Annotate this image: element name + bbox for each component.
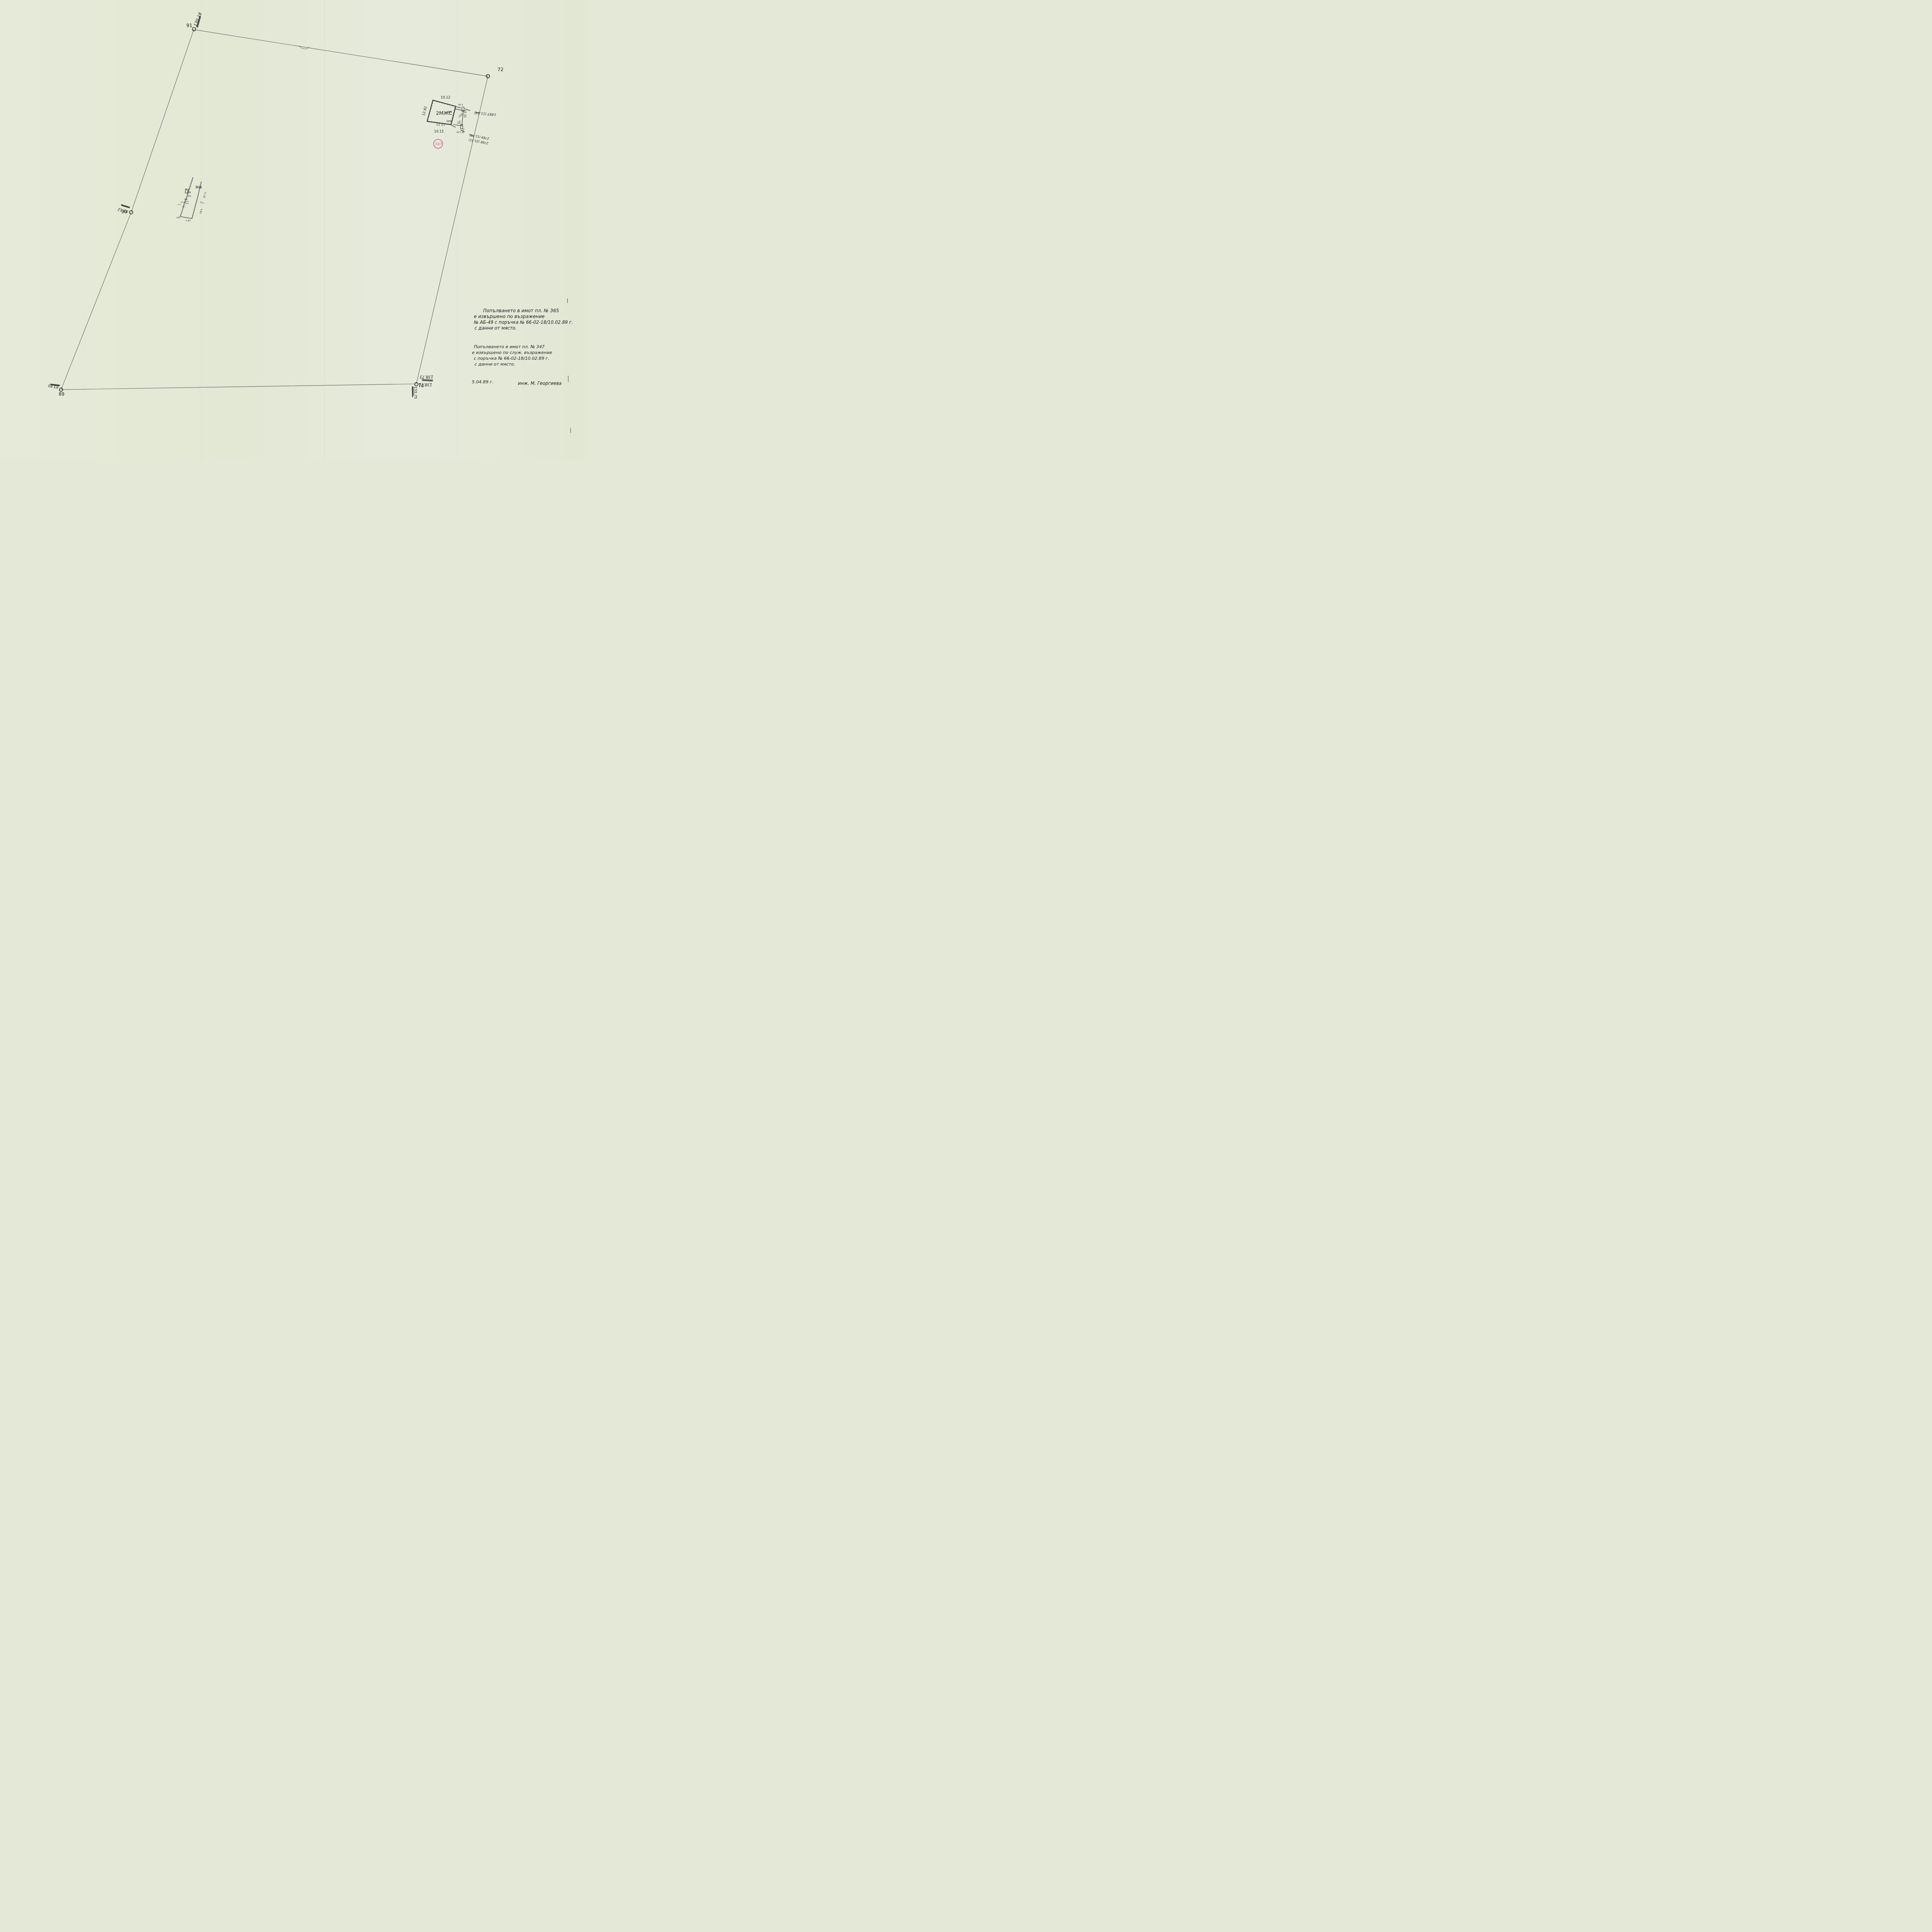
- dim-right-long: 11.20: [202, 192, 206, 198]
- elevation-89: 83.80: [48, 383, 59, 389]
- building-left[interactable]: МЖ 7.97 11.20 6.62 0.50 563 1.15 680 855…: [177, 177, 206, 222]
- note2-line2: е извършено по служ. възражение: [472, 350, 552, 355]
- point-label-89: 89: [59, 391, 65, 397]
- dim-right-short: 6.62: [199, 209, 202, 214]
- note1-line1: Попълването в имот пл. № 365: [483, 308, 559, 313]
- note-date: 5.04.89 г.: [472, 379, 493, 384]
- building-outline: [180, 177, 201, 219]
- dim-offset-top: 365: [447, 110, 452, 113]
- building-label: МЖ: [196, 186, 202, 190]
- point-label-91: 91: [186, 22, 192, 28]
- stair-icon: [185, 189, 188, 193]
- elevation-73-side: 155.75: [413, 386, 417, 399]
- note1-line2: е извършено по възражение: [474, 314, 544, 319]
- parcel-stamp-347: 347: [434, 139, 442, 148]
- point-90[interactable]: 90 85.12: [117, 204, 133, 214]
- dim-stair-len: 1.15: [185, 188, 189, 190]
- notes-block: Попълването в имот пл. № 365 е извършено…: [472, 298, 573, 433]
- point-73[interactable]: 73 138.73 138.71 155.75: [412, 374, 433, 399]
- note2-line3: с поръчка № 66-02-18/10.02.89 г.: [474, 356, 549, 361]
- stair-icon: [461, 124, 463, 129]
- cadastral-sheet: 91 130.18 72 73 138.73 138.71 155.75 89 …: [0, 0, 585, 459]
- point-label-72: 72: [497, 66, 503, 72]
- dim-side: 5.35: [463, 111, 467, 118]
- dim-offset-jog: 0.50: [200, 201, 204, 204]
- dim-stair-top-len: 1.00: [458, 103, 463, 105]
- dim-left: 12.82: [422, 106, 428, 116]
- note2-line1: Попълването в имот пл. № 347: [474, 344, 545, 349]
- dim-porch-a: 1.60: [182, 206, 185, 207]
- point-72[interactable]: 72: [486, 66, 503, 78]
- survey-drawing: 91 130.18 72 73 138.73 138.71 155.75 89 …: [0, 0, 585, 459]
- dim-bottom: 7.97: [185, 219, 191, 222]
- dim-lower-b: 1335: [185, 202, 189, 204]
- note1-line3: № АБ-49 с поръчка № 66-02-18/10.02.89 г.: [473, 320, 573, 325]
- note-signature: инж. М. Георгиева: [518, 381, 561, 386]
- dim-stair1-b: 350: [460, 112, 463, 116]
- dim-stair2-b: 310: [458, 120, 461, 124]
- dim-stair-off: 680: [188, 191, 191, 193]
- elevation-73-lower: 138.71: [418, 382, 432, 386]
- note-347: Попълването в имот пл. № 347 е извършено…: [472, 344, 552, 367]
- stamp-label: 347: [435, 142, 442, 146]
- dim-porch-b: 1.00: [178, 204, 181, 206]
- dim-offset-bottom: 890: [446, 119, 451, 122]
- point-91[interactable]: 91 130.18: [186, 12, 203, 31]
- note-365: Попълването в имот пл. № 365 е извършено…: [473, 308, 573, 331]
- dim-top: 10.12: [440, 96, 450, 100]
- note1-line4: с данни от място.: [474, 325, 517, 331]
- dim-porch-w: 10.47: [180, 201, 185, 203]
- building-right[interactable]: 2МЖС 10.12 10.15 12.82 12.77 5.35 365 89…: [422, 96, 497, 145]
- elevation-73-upper: 138.73: [420, 374, 433, 379]
- survey-point-icon: [192, 27, 196, 31]
- dim-stair-end: 855: [188, 194, 191, 197]
- dim-inner-bottom: 12.77: [436, 122, 446, 126]
- dim-left-corner: 563: [177, 216, 180, 218]
- dim-lower-a: 1233: [185, 201, 189, 202]
- elevation-91: 130.18: [193, 12, 203, 27]
- note2-line4: с данни от място.: [474, 362, 515, 367]
- dim-mid-label: ШП: [184, 198, 187, 200]
- point-89[interactable]: 89 83.80: [48, 383, 65, 397]
- dim-stair-bottom-len: 1.00: [456, 131, 461, 133]
- dim-stair-top-w: 1.8: [463, 108, 466, 112]
- dim-bottom: 10.15: [434, 130, 444, 134]
- tie-top: 1497 (11.24): [474, 111, 497, 116]
